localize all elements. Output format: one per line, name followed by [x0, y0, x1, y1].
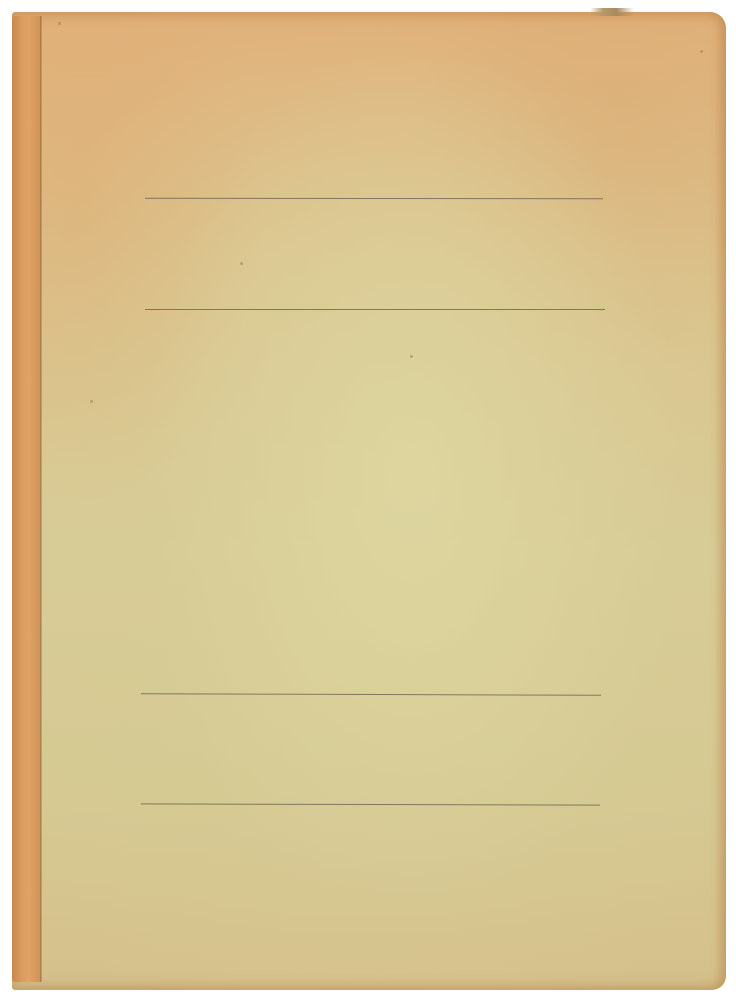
spine-crease [40, 16, 42, 982]
ruled-line-top-2 [145, 309, 605, 310]
book-spine [12, 16, 40, 982]
paper-speck [410, 355, 413, 358]
paper-speck [90, 400, 93, 403]
book-cover [12, 12, 726, 990]
torn-corner-mark [590, 8, 634, 16]
book-cover-scene [0, 0, 736, 1000]
paper-speck [58, 22, 61, 25]
paper-speck [700, 50, 703, 53]
paper-speck [240, 262, 243, 265]
